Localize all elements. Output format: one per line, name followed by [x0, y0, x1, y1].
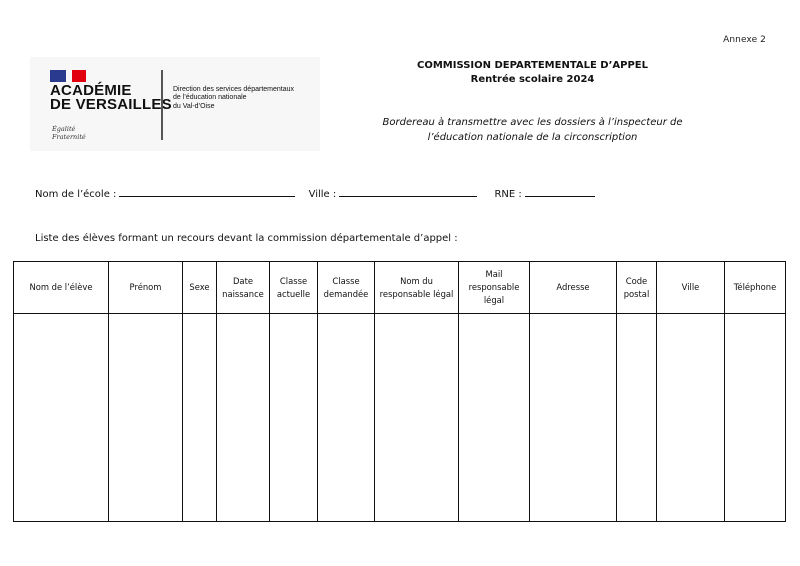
logo-name-line2: DE VERSAILLES: [50, 98, 172, 110]
logo-direction-text: Direction des services départementaux de…: [173, 86, 294, 111]
student-appeal-table: Nom de l’élève Prénom Sexe Date naissanc…: [13, 261, 786, 522]
cell-student-name[interactable]: [14, 314, 109, 522]
motto-line2: Fraternité: [52, 133, 86, 141]
title-line1: COMMISSION DEPARTEMENTALE D’APPEL: [380, 59, 685, 73]
document-title: COMMISSION DEPARTEMENTALE D’APPEL Rentré…: [380, 59, 685, 87]
logo-name-line1: ACADÉMIE: [50, 84, 132, 98]
cell-sex[interactable]: [183, 314, 217, 522]
column-header-requested-class: Classe demandée: [318, 262, 375, 314]
school-name-field: Nom de l’école :: [35, 185, 295, 202]
cell-guardian-email[interactable]: [459, 314, 530, 522]
marianne-flag-icon: [50, 70, 86, 82]
school-info-fields: Nom de l’école : Ville : RNE :: [35, 185, 595, 202]
document-subtitle: Bordereau à transmettre avec les dossier…: [360, 115, 705, 145]
city-label: Ville :: [309, 189, 337, 200]
rne-input[interactable]: [525, 185, 595, 197]
cell-postal-code[interactable]: [617, 314, 657, 522]
school-name-input[interactable]: [119, 185, 295, 197]
logo-name-line2-text: DE VERSAILLES: [50, 98, 172, 110]
rne-label: RNE :: [494, 189, 521, 200]
cell-city[interactable]: [657, 314, 725, 522]
column-header-postal-code: Code postal: [617, 262, 657, 314]
cell-phone[interactable]: [725, 314, 786, 522]
subtitle-line1: Bordereau à transmettre avec les dossier…: [360, 115, 705, 130]
column-header-current-class: Classe actuelle: [270, 262, 318, 314]
column-header-guardian-email: Mail responsable légal: [459, 262, 530, 314]
cell-first-name[interactable]: [109, 314, 183, 522]
annex-label: Annexe 2: [700, 35, 766, 45]
city-input[interactable]: [339, 185, 477, 197]
column-header-phone: Téléphone: [725, 262, 786, 314]
column-header-student-name: Nom de l’élève: [14, 262, 109, 314]
cell-guardian-name[interactable]: [375, 314, 459, 522]
cell-current-class[interactable]: [270, 314, 318, 522]
column-header-birth-date: Date naissance: [217, 262, 270, 314]
cell-birth-date[interactable]: [217, 314, 270, 522]
logo-separator: [161, 70, 163, 140]
direction-line3: du Val-d’Oise: [173, 103, 294, 111]
school-name-label: Nom de l’école :: [35, 189, 116, 200]
column-header-city: Ville: [657, 262, 725, 314]
column-header-guardian-name: Nom du responsable légal: [375, 262, 459, 314]
city-field: Ville :: [309, 185, 478, 202]
student-table-container: Nom de l’élève Prénom Sexe Date naissanc…: [13, 261, 786, 522]
rne-field: RNE :: [494, 185, 594, 202]
student-list-intro: Liste des élèves formant un recours deva…: [35, 232, 458, 246]
title-line2: Rentrée scolaire 2024: [380, 73, 685, 87]
cell-address[interactable]: [530, 314, 617, 522]
column-header-sex: Sexe: [183, 262, 217, 314]
direction-line1: Direction des services départementaux: [173, 86, 294, 94]
column-header-address: Adresse: [530, 262, 617, 314]
column-header-first-name: Prénom: [109, 262, 183, 314]
direction-line2: de l’éducation nationale: [173, 94, 294, 102]
cell-requested-class[interactable]: [318, 314, 375, 522]
academie-logo: ACADÉMIE DE VERSAILLES Égalité Fraternit…: [30, 57, 320, 151]
subtitle-line2: l’éducation nationale de la circonscript…: [360, 130, 705, 145]
table-header-row: Nom de l’élève Prénom Sexe Date naissanc…: [14, 262, 786, 314]
logo-motto: Égalité Fraternité: [52, 125, 86, 141]
table-row: [14, 314, 786, 522]
motto-line1: Égalité: [52, 125, 86, 133]
